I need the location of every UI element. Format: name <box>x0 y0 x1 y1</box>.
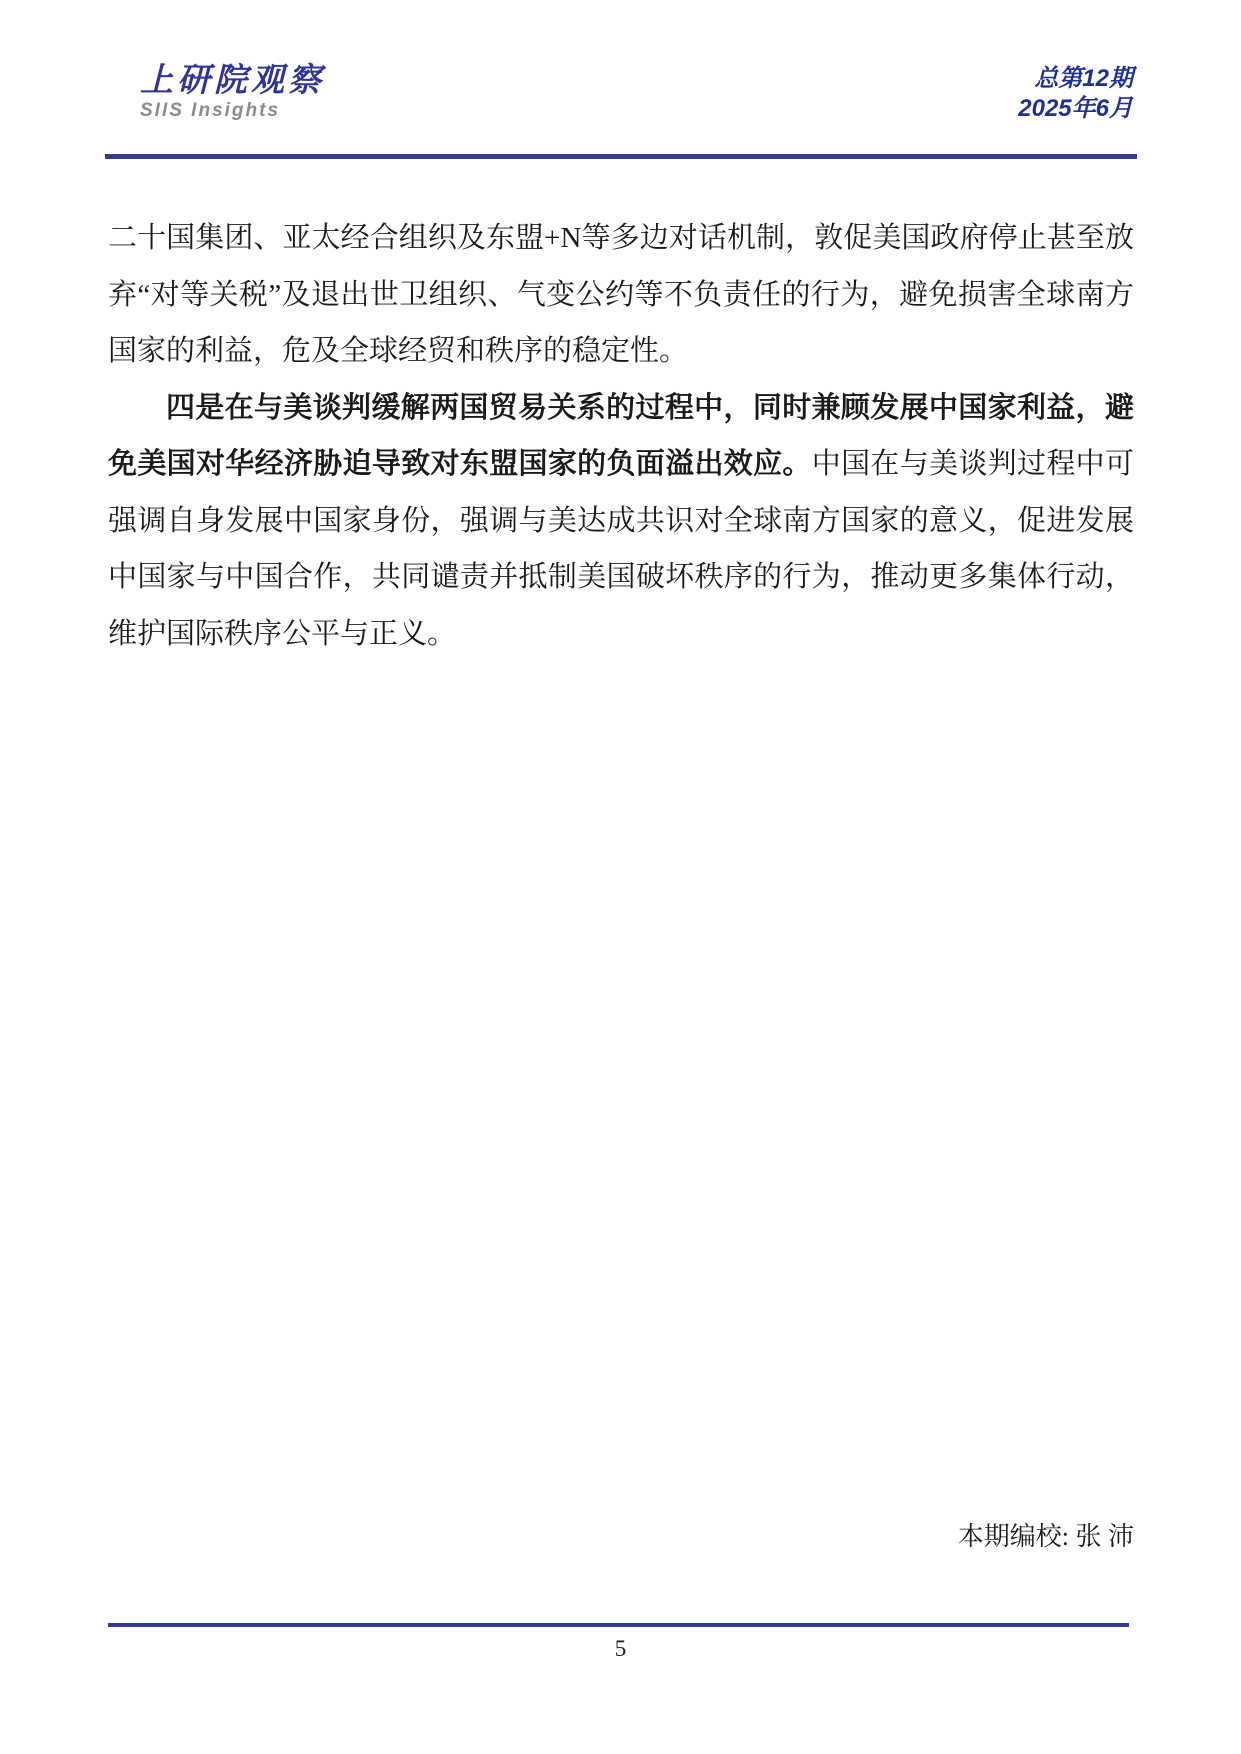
page-number: 5 <box>0 1636 1241 1662</box>
paragraph-2: 四是在与美谈判缓解两国贸易关系的过程中，同时兼顾发展中国家利益，避免美国对华经济… <box>108 380 1134 663</box>
siis-logo-english: SIIS Insights <box>140 100 325 122</box>
issue-info: 总第12期 2025年6月 <box>1018 64 1133 124</box>
paragraph-1: 二十国集团、亚太经合组织及东盟+N等多边对话机制，敦促美国政府停止甚至放弃“对等… <box>108 210 1134 380</box>
issue-number: 总第12期 <box>1018 64 1133 94</box>
siis-logo: 上研院观察 SIIS Insights <box>140 62 325 122</box>
header-rule <box>105 154 1137 159</box>
issue-date: 2025年6月 <box>1018 94 1133 124</box>
editor-credit: 本期编校: 张 沛 <box>958 1516 1134 1553</box>
document-page: 上研院观察 SIIS Insights 总第12期 2025年6月 二十国集团、… <box>0 0 1241 1754</box>
footer-rule <box>108 1623 1129 1627</box>
siis-logo-chinese: 上研院观察 <box>140 62 325 98</box>
body-text: 二十国集团、亚太经合组织及东盟+N等多边对话机制，敦促美国政府停止甚至放弃“对等… <box>108 210 1134 662</box>
